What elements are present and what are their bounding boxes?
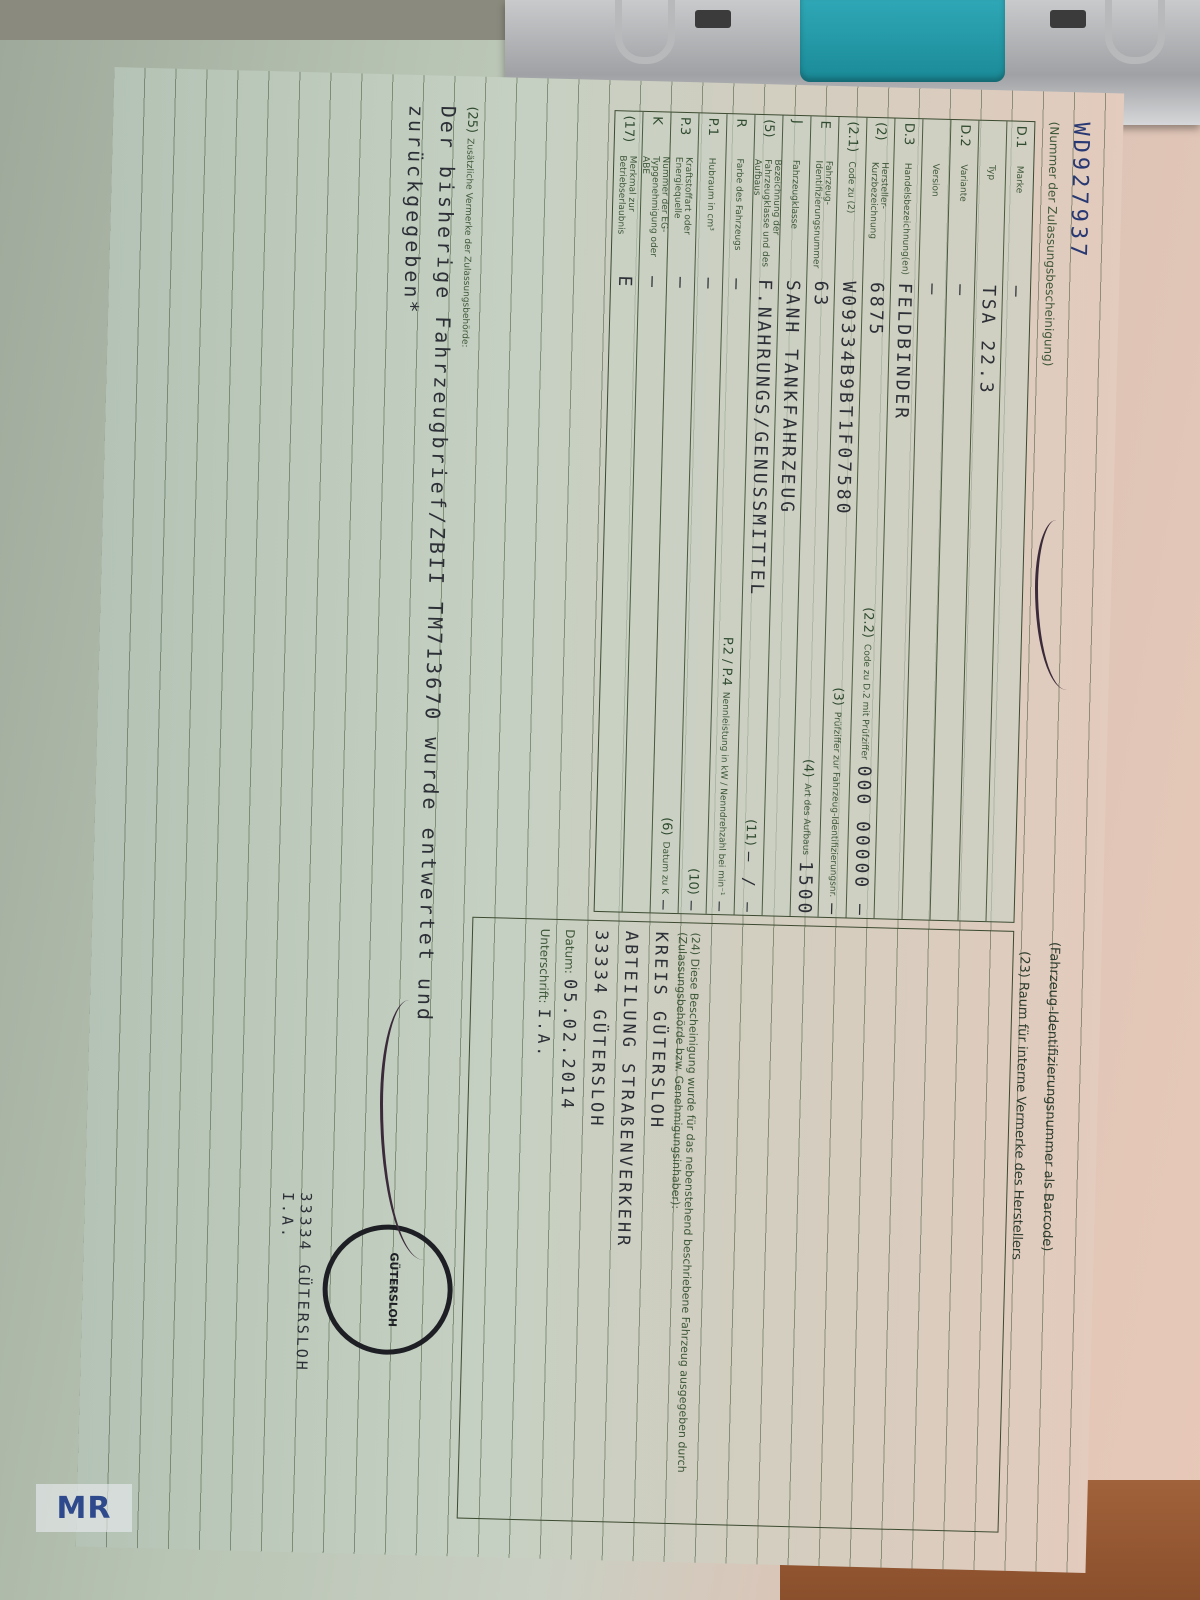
issue-date: 05.02.2014 — [556, 979, 579, 1112]
binder-tab — [800, 0, 1005, 82]
vehicle-fields-table: D.1Marke– TypTSA 22.3 D.2Variante– Versi… — [594, 110, 1036, 923]
registration-document: WD927937 (Nummer der Zulassungsbescheini… — [76, 67, 1124, 1573]
binder-slot — [1050, 10, 1086, 28]
binder-ring — [615, 0, 675, 64]
watermark-logo: MR — [36, 1484, 132, 1532]
binder-ring — [1105, 0, 1165, 64]
issuer-section: (24) Diese Bescheinigung wurde für das n… — [522, 928, 702, 1492]
binder-slot — [695, 10, 731, 28]
document-number: WD927937 — [1065, 122, 1094, 261]
stamp-address: 33334 GÜTERSLOHI.A. — [274, 1192, 315, 1373]
